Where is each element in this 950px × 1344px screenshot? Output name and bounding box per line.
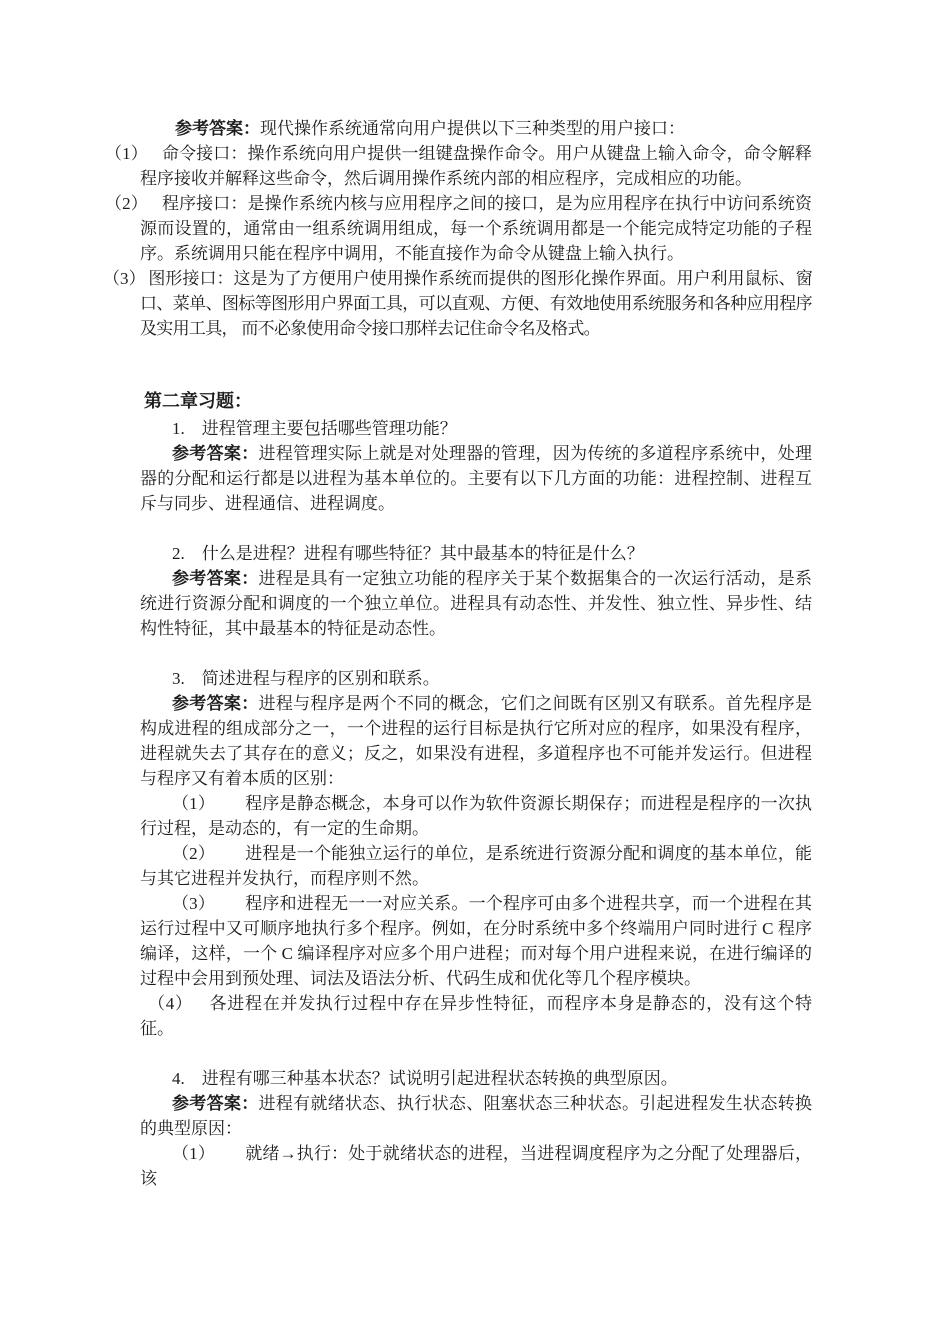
answer-subitem: （1）就绪→执行：处于就绪状态的进程，当进程调度程序为之分配了处理器后，该 [140,1141,812,1191]
answer-label: 参考答案： [172,694,259,713]
answer-paragraph: 参考答案：进程与程序是两个不同的概念，它们之间既有区别又有联系。首先程序是构成进… [140,691,812,791]
question: 1. 进程管理主要包括哪些管理功能？ [140,416,812,441]
answer-subitem-text: 进程是一个能独立运行的单位，是系统进行资源分配和调度的基本单位，能与其它进程并发… [140,844,812,888]
question: 3. 简述进程与程序的区别和联系。 [140,666,812,691]
list-item: （3）图形接口：这是为了方便用户使用操作系统而提供的图形化操作界面。用户利用鼠标… [140,266,812,341]
list-item: （2）程序接口：是操作系统内核与应用程序之间的接口，是为应用程序在执行中访问系统… [140,191,812,266]
list-item-text: 程序接口：是操作系统内核与应用程序之间的接口，是为应用程序在执行中访问系统资源而… [140,194,812,263]
document-content: 参考答案：现代操作系统通常向用户提供以下三种类型的用户接口： （1）命令接口：操… [140,116,812,1191]
answer-paragraph: 参考答案：进程有就绪状态、执行状态、阻塞状态三种状态。引起进程发生状态转换的典型… [140,1091,812,1141]
answer-paragraph: 参考答案：进程是具有一定独立功能的程序关于某个数据集合的一次运行活动，是系统进行… [140,566,812,641]
answer-subitem-text: 就绪→执行：处于就绪状态的进程，当进程调度程序为之分配了处理器后，该 [140,1144,812,1188]
answer-subitem-text: 各进程在并发执行过程中存在异步性特征，而程序本身是静态的，没有这个特征。 [140,994,812,1038]
document-page: 参考答案：现代操作系统通常向用户提供以下三种类型的用户接口： （1）命令接口：操… [0,0,950,1344]
list-marker: （1） [172,1144,215,1163]
question: 2. 什么是进程？进程有哪些特征？其中最基本的特征是什么？ [140,541,812,566]
answer-subitem: （1）程序是静态概念，本身可以作为软件资源长期保存；而进程是程序的一次执行过程，… [140,791,812,841]
answer-subitem: （4）各进程在并发执行过程中存在异步性特征，而程序本身是静态的，没有这个特征。 [140,991,812,1041]
answer-label: 参考答案： [172,444,259,463]
answer-subitem: （3）程序和进程无一一对应关系。一个程序可由多个进程共享，而一个进程在其运行过程… [140,891,812,991]
list-marker: （1） [105,144,148,163]
qa-block: 3. 简述进程与程序的区别和联系。 参考答案：进程与程序是两个不同的概念，它们之… [140,666,812,1041]
answer-label: 参考答案： [175,119,260,138]
chapter-heading: 第二章习题： [140,386,812,416]
list-marker: （3） [172,894,215,913]
answer-text: 现代操作系统通常向用户提供以下三种类型的用户接口： [260,119,685,138]
answer-subitem-text: 程序和进程无一一对应关系。一个程序可由多个进程共享，而一个进程在其运行过程中又可… [140,894,812,988]
qa-block: 1. 进程管理主要包括哪些管理功能？ 参考答案：进程管理实际上就是对处理器的管理… [140,416,812,516]
answer-label: 参考答案： [172,569,259,588]
list-item-text: 图形接口：这是为了方便用户使用操作系统而提供的图形化操作界面。用户利用鼠标、窗口… [140,269,812,338]
answer-paragraph: 参考答案：进程管理实际上就是对处理器的管理，因为传统的多道程序系统中，处理器的分… [140,441,812,516]
answer-paragraph: 参考答案：现代操作系统通常向用户提供以下三种类型的用户接口： [140,116,812,141]
question: 4. 进程有哪三种基本状态？试说明引起进程状态转换的典型原因。 [140,1066,812,1091]
qa-block: 2. 什么是进程？进程有哪些特征？其中最基本的特征是什么？ 参考答案：进程是具有… [140,541,812,641]
list-item-text: 命令接口：操作系统向用户提供一组键盘操作命令。用户从键盘上输入命令，命令解释程序… [140,144,812,188]
list-item: （1）命令接口：操作系统向用户提供一组键盘操作命令。用户从键盘上输入命令，命令解… [140,141,812,191]
answer-subitem-text: 程序是静态概念，本身可以作为软件资源长期保存；而进程是程序的一次执行过程，是动态… [140,794,812,838]
answer-label: 参考答案： [172,1094,259,1113]
qa-block: 4. 进程有哪三种基本状态？试说明引起进程状态转换的典型原因。 参考答案：进程有… [140,1066,812,1191]
answer-subitem: （2）进程是一个能独立运行的单位，是系统进行资源分配和调度的基本单位，能与其它进… [140,841,812,891]
list-marker: （2） [172,844,215,863]
list-marker: （4） [148,994,193,1013]
list-marker: （2） [105,194,148,213]
list-marker: （3） [103,269,146,288]
list-marker: （1） [172,794,215,813]
